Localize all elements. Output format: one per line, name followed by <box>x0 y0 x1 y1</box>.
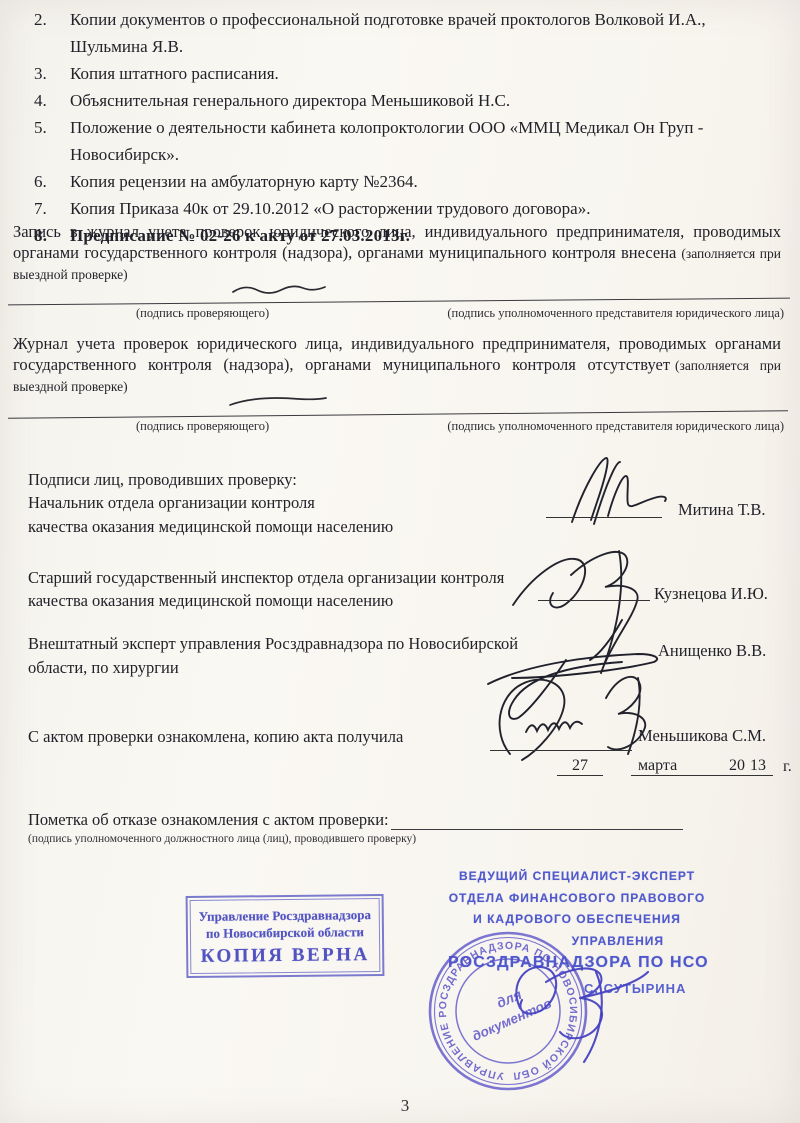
handwriting-squiggle <box>227 394 329 410</box>
signature-rule <box>8 298 790 306</box>
caption-representative-signature: (подпись уполномоченного представителя ю… <box>447 306 784 321</box>
inspector-title-line: области, по хирургии <box>28 658 179 678</box>
list-item-number: 5. <box>28 114 70 168</box>
list-item-text: Положение о деятельности кабинета колопр… <box>70 114 776 168</box>
journal-missing-paragraph: Журнал учета проверок юридического лица,… <box>13 334 781 398</box>
page-number: 3 <box>0 1096 800 1116</box>
signature-rule <box>8 410 788 418</box>
refusal-label: Пометка об отказе ознакомления с актом п… <box>28 810 389 830</box>
date-year: 13 <box>750 757 766 775</box>
inspector-name: Кузнецова И.Ю. <box>654 584 768 604</box>
list-item-number: 4. <box>28 87 70 114</box>
list-item-text: Копия Приказа 40к от 29.10.2012 «О расто… <box>70 195 776 222</box>
signature-captions: (подпись проверяющего) (подпись уполномо… <box>8 419 790 434</box>
inspector-title-line: Начальник отдела организации контроля <box>28 493 315 513</box>
list-item: 7. Копия Приказа 40к от 29.10.2012 «О ра… <box>28 195 776 222</box>
journal-entry-text: Запись в журнал учета проверок юридическ… <box>13 222 781 262</box>
list-item-text: Копия штатного расписания. <box>70 60 776 87</box>
inspector-title-line: качества оказания медицинской помощи нас… <box>28 591 393 611</box>
list-item-number: 6. <box>28 168 70 195</box>
list-item-number: 3. <box>28 60 70 87</box>
caption-representative-signature: (подпись уполномоченного представителя ю… <box>447 419 784 434</box>
date-day: 27 <box>557 757 603 776</box>
position-stamp-line: ОТДЕЛА ФИНАНСОВОГО ПРАВОВОГО <box>448 888 706 910</box>
list-item-text: Копии документов о профессиональной подг… <box>70 6 776 60</box>
position-stamp-line: И КАДРОВОГО ОБЕСПЕЧЕНИЯ <box>448 909 706 931</box>
position-stamp-line: ВЕДУЩИЙ СПЕЦИАЛИСТ-ЭКСПЕРТ <box>448 866 706 888</box>
acquainted-name: Меньшикова С.М. <box>638 726 766 746</box>
refusal-note-line: Пометка об отказе ознакомления с актом п… <box>28 810 776 830</box>
date-suffix: г. <box>783 758 792 776</box>
blank-line <box>391 815 683 830</box>
caption-inspector-signature: (подпись проверяющего) <box>136 306 269 321</box>
list-item-text: Копия рецензии на амбулаторную карту №23… <box>70 168 776 195</box>
scanned-inspection-act-page: 2. Копии документов о профессиональной п… <box>0 0 800 1123</box>
signature-sutyrina <box>486 950 676 1072</box>
caption-inspector-signature: (подпись проверяющего) <box>136 419 269 434</box>
list-item: 3. Копия штатного расписания. <box>28 60 776 87</box>
copy-stamp-line: по Новосибирской области <box>191 923 379 942</box>
signatures-heading: Подписи лиц, проводивших проверку: <box>28 470 297 490</box>
list-item: 4. Объяснительная генерального директора… <box>28 87 776 114</box>
handwriting-squiggle <box>230 281 328 299</box>
date-line: 27 марта 20 13 г. <box>557 757 792 776</box>
inspector-title-line: Внештатный эксперт управления Росздравна… <box>28 634 518 654</box>
list-item-text: Объяснительная генерального директора Ме… <box>70 87 776 114</box>
inspector-title-line: качества оказания медицинской помощи нас… <box>28 517 393 537</box>
date-month-year: марта 20 13 <box>631 757 773 776</box>
signature-captions: (подпись проверяющего) (подпись уполномо… <box>8 306 790 321</box>
inspector-title-line: Старший государственный инспектор отдела… <box>28 568 504 588</box>
list-item-number: 2. <box>28 6 70 60</box>
journal-entry-paragraph: Запись в журнал учета проверок юридическ… <box>13 222 781 286</box>
list-item: 2. Копии документов о профессиональной п… <box>28 6 776 60</box>
signature-mitina <box>556 452 676 530</box>
date-century: 20 <box>729 757 745 775</box>
inspector-name: Митина Т.В. <box>678 500 766 520</box>
signature-underline <box>546 503 662 518</box>
list-item: 5. Положение о деятельности кабинета кол… <box>28 114 776 168</box>
copy-stamp-line: Управление Росздравнадзора <box>191 906 379 925</box>
list-item: 6. Копия рецензии на амбулаторную карту … <box>28 168 776 195</box>
inspector-name: Анищенко В.В. <box>658 641 766 661</box>
attachments-list: 2. Копии документов о профессиональной п… <box>28 6 776 249</box>
list-item-number: 7. <box>28 195 70 222</box>
signature-underline <box>490 736 632 751</box>
acquainted-text: С актом проверки ознакомлена, копию акта… <box>28 727 403 747</box>
date-month: марта <box>638 757 677 775</box>
signature-underline <box>538 586 650 601</box>
refusal-caption: (подпись уполномоченного должностного ли… <box>28 833 416 845</box>
copy-verified-stamp: Управление Росздравнадзора по Новосибирс… <box>186 894 385 978</box>
journal-missing-text: Журнал учета проверок юридического лица,… <box>13 334 781 374</box>
copy-stamp-copy-verna: КОПИЯ ВЕРНА <box>191 944 379 968</box>
